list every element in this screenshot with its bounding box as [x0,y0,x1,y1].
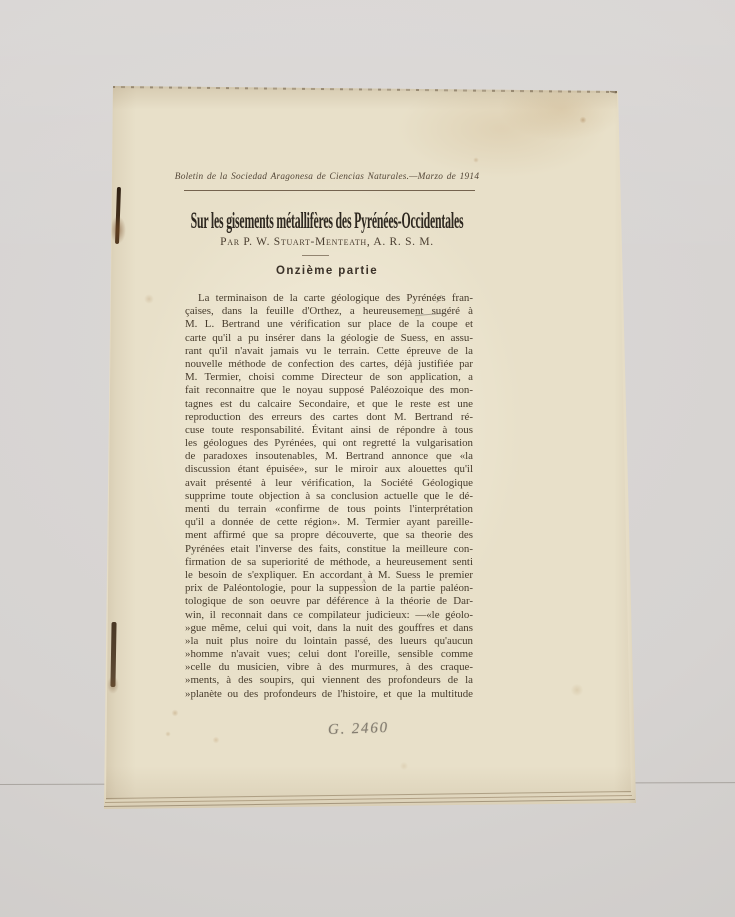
body-text-line: les géologues des Pyrénées, qui ont regr… [185,437,473,450]
body-text-line: fait reconnaitre que le noyau supposé Pa… [185,384,473,397]
body-text-line: M. L. Bertrand une vérification sur plac… [185,318,473,331]
journal-header: Boletin de la Sociedad Aragonesa de Cien… [175,172,479,182]
body-text-line: firmation de sa superiorité de méthode, … [185,556,473,569]
body-text-line: çaises, dans la feuille d'Orthez, a heur… [185,305,473,318]
staple-rust-stain [110,216,126,244]
header-rule [184,190,475,191]
body-text-line: cuse toute responsabilité. Évitant ainsi… [185,424,473,437]
body-text-line: »gue même, celui qui voit, dans la nuit … [185,622,473,635]
photo-backdrop: Boletin de la Sociedad Aragonesa de Cien… [0,0,735,917]
body-text-line: nouvelle méthode de confection des carte… [185,358,473,371]
body-text-line: »la nuit plus noire du lointain passé, d… [185,635,473,648]
staple-rust-stain [107,676,119,694]
byline-rule [302,255,329,256]
body-text-line: »homme n'avait vues; celui dont l'oreill… [185,648,473,661]
pencil-caret-suppression: ʌ [362,576,366,585]
body-text-line: le besoin de s'expliquer. En accordant à… [185,569,473,582]
handwritten-shelf-number: G. 2460 [328,720,389,739]
pencil-inserted-letter: r [369,569,372,579]
body-text-line: tologique de son oeuvre par déférence à … [185,595,473,608]
body-text-line: »celle du musicien, vibre à des murmures… [185,661,473,674]
body-paragraph: La terminaison de la carte géologique de… [185,292,473,701]
body-text-line: »ments, à des soupirs, qui viennent des … [185,674,473,687]
body-text-line: tagnes est du calcaire Secondaire, et qu… [185,398,473,411]
top-edge-wear [112,85,618,93]
body-text-line: prix de Paléontologie, pour la suppessio… [185,582,473,595]
body-text-line: La terminaison de la carte géologique de… [185,292,473,305]
article-title: Sur les gisements métallifères des Pyrén… [191,208,464,235]
body-text-line: discussion étant épuisée», sur le miroir… [185,463,473,476]
body-text-line: reproduction des erreurs des cartes dont… [185,411,473,424]
body-text-line: menti du terrain «confirme de tous point… [185,503,473,516]
body-text-line: supprime toute objection à sa conclusion… [185,490,473,503]
author-byline: Par P. W. Stuart-Menteath, A. R. S. M. [220,236,434,248]
body-text-line: win, il reconnait dans ce compilateur ju… [185,609,473,622]
body-text-line: Pyrénées etait l'inverse des faits, cons… [185,543,473,556]
body-text-line: rant qu'il n'avait jamais vu le terrain.… [185,345,473,358]
body-text-line: de paradoxes insoutenables, M. Bertrand … [185,450,473,463]
booklet-cover: Boletin de la Sociedad Aragonesa de Cien… [104,84,640,814]
section-heading: Onzième partie [276,265,378,277]
body-text-line: »planète ou des profondeurs de l'histoir… [185,688,473,701]
body-text-line: qu'il a donnée de cette région». M. Term… [185,516,473,529]
body-text-line: carte qu'il a pu insérer dans la géologi… [185,332,473,345]
body-text-line: avait présenté à leur vérification, la S… [185,477,473,490]
body-text-line: ment affirmé que sa propre découverte, q… [185,529,473,542]
body-text-line: M. Termier, choisi comme Directeur de so… [185,371,473,384]
